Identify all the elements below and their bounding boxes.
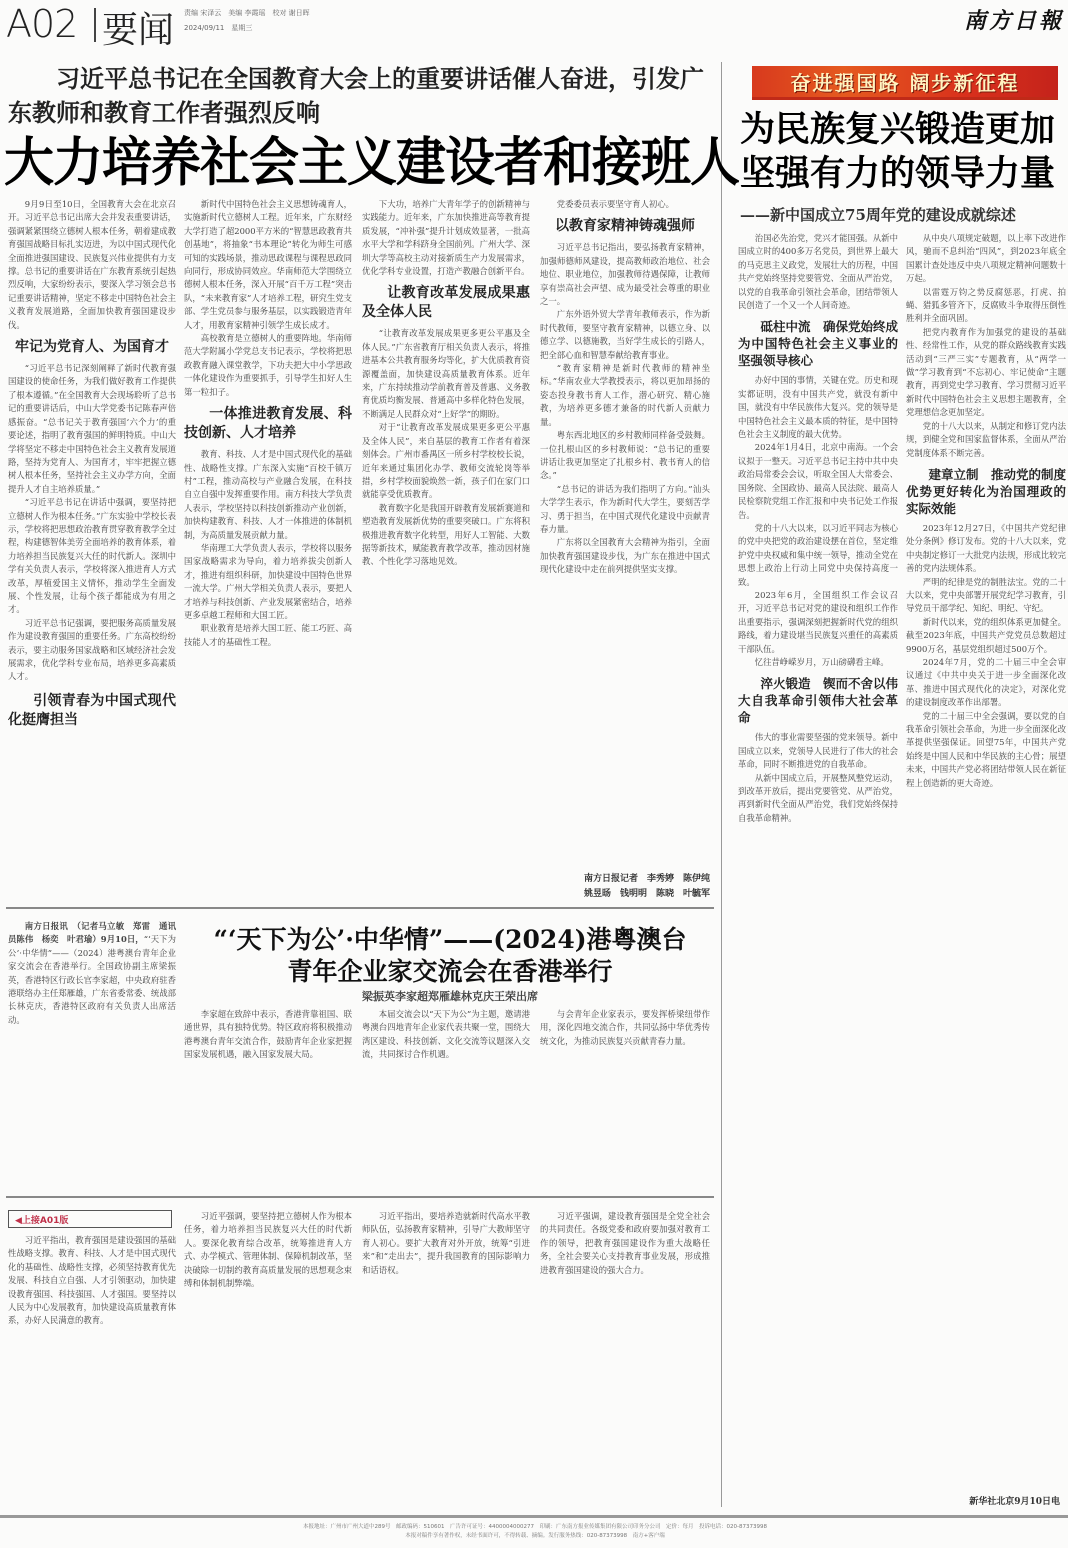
subhead: 建章立制 推动党的制度优势更好转化为治国理政的实际效能: [906, 466, 1066, 517]
paragraph: 2023年12月27日，《中国共产党纪律处分条例》修订发布。党的十八大以来，党中…: [906, 522, 1066, 576]
paragraph: 从中央八项规定破题，以上率下改进作风，驰而不息纠治“四风”，到2023年底全国累…: [906, 232, 1066, 286]
hk-column-3: 本届交流会以“天下为公”为主题，邀请港粤澳台四地青年企业家代表共聚一堂，围绕大湾…: [362, 1008, 530, 1190]
section-rule: [6, 1196, 714, 1198]
hk-column-2: 李家超在致辞中表示，香港背靠祖国、联通世界，具有独特优势。特区政府将积极推动港粤…: [184, 1008, 352, 1190]
paragraph: 教育、科技、人才是中国式现代化的基础性、战略性支撑。广东深入实施“百校千镇万村”…: [184, 448, 352, 542]
lead-kicker: 习近平总书记在全国教育大会上的重要讲话催人奋进，引发广东教师和教育工作者强烈反响: [8, 62, 708, 130]
cont-column-1: 习近平指出，教育强国是建设强国的基础性战略支撑。教育、科技、人才是中国式现代化的…: [8, 1234, 176, 1504]
paragraph: 李家超在致辞中表示，香港背靠祖国、联通世界，具有独特优势。特区政府将积极推动港粤…: [184, 1008, 352, 1062]
lead-column-3: 下大功，培养广大青年学子的创新精神与实践能力。近年来，广东加快推进高等教育提质发…: [362, 198, 530, 904]
footer-rule: [0, 1515, 1068, 1518]
section-name: 要闻: [102, 2, 174, 53]
paragraph: 习近平强调，要坚持把立德树人作为根本任务，着力培养担当民族复兴大任的时代新人。要…: [184, 1210, 352, 1290]
paragraph: 伟大的事业需要坚强的党来领导。新中国成立以来，党领导人民进行了伟大的社会革命，同…: [738, 731, 898, 771]
column-divider: [721, 62, 722, 1507]
hk-deck: 梁振英李家超郑雁雄林克庆王荣出席: [190, 988, 710, 1004]
paragraph: 党的二十届三中全会强调，要以党的自我革命引领社会革命，为进一步全面深化改革提供坚…: [906, 710, 1066, 790]
subhead: 牢记为党育人、为国育才: [8, 338, 176, 357]
cont-column-2: 习近平强调，要坚持把立德树人作为根本任务，着力培养担当民族复兴大任的时代新人。要…: [184, 1210, 352, 1504]
right-headline-line-1: 为民族复兴锻造更加: [740, 108, 1068, 152]
paragraph: 把党内教育作为加强党的建设的基础性、经常性工作，从党的群众路线教育实践活动到“三…: [906, 326, 1066, 420]
paragraph: 党委委员表示要坚守育人初心。: [540, 198, 710, 211]
right-column-1: 治国必先治党，党兴才能国强。从新中国成立时的400多万名党员，到世界上最大的马克…: [738, 232, 898, 1502]
paragraph: 党的十八大以来，从制定和修订党内法规，到健全党和国家监督体系，全面从严治党制度体…: [906, 420, 1066, 460]
paragraph: 习近平指出，教育强国是建设强国的基础性战略支撑。教育、科技、人才是中国式现代化的…: [8, 1234, 176, 1328]
byline-line-1: 南方日报记者 李秀婷 陈伊纯: [540, 872, 710, 887]
paragraph: 下大功，培养广大青年学子的创新精神与实践能力。近年来，广东加快推进高等教育提质发…: [362, 198, 530, 278]
dateline: 新华社北京9月10日电: [969, 1494, 1060, 1507]
paragraph: 与会青年企业家表示，要发挥桥梁纽带作用，深化四地交流合作，共同弘扬中华优秀传统文…: [540, 1008, 710, 1048]
subhead: 让教育改革发展成果惠及全体人民: [362, 284, 530, 322]
cont-column-3: 习近平指出，要培养造就新时代高水平教师队伍，弘扬教育家精神，引导广大教师坚守育人…: [362, 1210, 530, 1504]
paragraph: 习近平强调，建设教育强国是全党全社会的共同责任。各级党委和政府要加强对教育工作的…: [540, 1210, 710, 1277]
paragraph: 粤东西北地区的乡村教师同样备受鼓舞。一位扎根山区的乡村教师说：“总书记的重要讲话…: [540, 429, 710, 483]
footer-line-1: 本报地址：广州市广州大道中289号 邮政编码：510601 广告许可证号：440…: [40, 1522, 1030, 1530]
lead-column-1: 9月9日至10日，全国教育大会在北京召开。习近平总书记出席大会并发表重要讲话，强…: [8, 198, 176, 904]
paragraph: 2023年6月，全国组织工作会议召开，习近平总书记对党的建设和组织工作作出重要指…: [738, 589, 898, 656]
paragraph: “总书记的讲话为我们指明了方向。”汕头大学学生表示，作为新时代大学生，要刻苦学习…: [540, 483, 710, 537]
paragraph: 新时代以来，党的组织体系更加健全。截至2023年底，中国共产党党员总数超过990…: [906, 616, 1066, 656]
paragraph: 华南理工大学负责人表示，学校将以服务国家战略需求为导向，着力培养拔尖创新人才，推…: [184, 542, 352, 622]
lead-kicker-text: 习近平总书记在全国教育大会上的重要讲话催人奋进，引发广东教师和教育工作者强烈反响: [8, 64, 704, 127]
right-column-2: 从中央八项规定破题，以上率下改进作风，驰而不息纠治“四风”，到2023年底全国累…: [906, 232, 1066, 1490]
series-banner-text: 奋进强国路 阔步新征程: [791, 67, 1020, 96]
footer-line-2: 本报对稿件享有著作权，未经书面许可，不得转载、摘编。发行服务热线：020-873…: [40, 1531, 1030, 1539]
section-rule: [6, 907, 714, 909]
newspaper-logo: 南方日報: [964, 4, 1064, 35]
paragraph: “教育家精神是新时代教师的精神坐标。”华南农业大学教授表示，将以更加昂扬的姿态投…: [540, 362, 710, 429]
subhead: 以教育家精神铸魂强师: [540, 217, 710, 236]
paragraph: 对于“让教育改革发展成果更多更公平惠及全体人民”，来自基层的教育工作者有着深刻体…: [362, 421, 530, 501]
paragraph: 治国必先治党，党兴才能国强。从新中国成立时的400多万名党员，到世界上最大的马克…: [738, 232, 898, 312]
date-line: 2024/09/11 星期三: [184, 23, 252, 33]
subhead: 砥柱中流 确保党始终成为中国特色社会主义事业的坚强领导核心: [738, 318, 898, 369]
paragraph: 广东外语外贸大学青年教师表示，作为新时代教师，要坚守教育家精神，以德立身、以德立…: [540, 308, 710, 362]
lead-byline: 南方日报记者 李秀婷 陈伊纯 姚昱旸 钱明明 陈晓 叶毓军: [540, 868, 710, 904]
page-number: A02: [6, 2, 77, 46]
lede-text: “‘天下为公’·中华情”——（2024）港粤澳台青年企业家交流会在香港举行。全国…: [8, 934, 176, 1024]
paragraph: 9月9日至10日，全国教育大会在北京召开。习近平总书记出席大会并发表重要讲话，强…: [8, 198, 176, 332]
series-banner: 奋进强国路 阔步新征程: [752, 66, 1058, 100]
paragraph: 南方日报讯 （记者马立敏 郑雷 通讯员陈伟 杨奕 叶君瑜）9月10日，“‘天下为…: [8, 920, 176, 1027]
right-headline-line-2: 坚强有力的领导力量: [740, 152, 1068, 196]
paragraph: 2024年7月，党的二十届三中全会审议通过《中共中央关于进一步全面深化改革、推进…: [906, 656, 1066, 710]
paragraph: 教育数字化是我国开辟教育发展新赛道和塑造教育发展新优势的重要突破口。广东将积极推…: [362, 502, 530, 569]
paragraph: 习近平总书记强调，要把服务高质量发展作为建设教育强国的重要任务。广东高校纷纷表示…: [8, 617, 176, 684]
paragraph: 以雷霆万钧之势反腐惩恶，打虎、拍蝇、猎狐多管齐下，反腐败斗争取得压倒性胜利并全面…: [906, 286, 1066, 326]
paragraph: 高校教育是立德树人的重要阵地。华南师范大学附属小学党总支书记表示，学校将把思政教…: [184, 332, 352, 399]
paragraph: 新时代中国特色社会主义思想铸魂育人，实施新时代立德树人工程。近年来，广东财经大学…: [184, 198, 352, 332]
subhead: 一体推进教育发展、科技创新、人才培养: [184, 405, 352, 443]
paragraph: 2024年1月4日，北京中南海。一个会议拟于一整天。习近平总书记主持中共中央政治…: [738, 441, 898, 521]
paragraph: 本届交流会以“天下为公”为主题，邀请港粤澳台四地青年企业家代表共聚一堂，围绕大湾…: [362, 1008, 530, 1062]
hk-headline-line-2: 青年企业家交流会在香港举行: [190, 956, 710, 988]
paragraph: 办好中国的事情，关键在党。历史和现实都证明，没有中国共产党，就没有新中国，就没有…: [738, 374, 898, 441]
paragraph: 从新中国成立后，开展整风整党运动，到改革开放后，提出党要管党、从严治党，再到新时…: [738, 772, 898, 826]
paragraph: 习近平总书记指出，要弘扬教育家精神，加强师德师风建设，提高教师政治地位、社会地位…: [540, 241, 710, 308]
right-headline: 为民族复兴锻造更加 坚强有力的领导力量: [740, 108, 1068, 196]
paragraph: 广东将以全国教育大会精神为指引，全面加快教育强国建设步伐，为广东在推进中国式现代…: [540, 536, 710, 576]
paragraph: 忆往昔峥嵘岁月，万山磅礴看主峰。: [738, 656, 898, 669]
lead-column-2: 新时代中国特色社会主义思想铸魂育人，实施新时代立德树人工程。近年来，广东财经大学…: [184, 198, 352, 904]
hk-headline: “‘天下为公’·中华情”——(2024)港粤澳台 青年企业家交流会在香港举行: [190, 924, 710, 988]
byline-line-2: 姚昱旸 钱明明 陈晓 叶毓军: [540, 887, 710, 902]
editors-line: 责编 宋泽云 美编 李霞瑶 校对 谢日晖: [184, 8, 310, 18]
lead-column-4: 党委委员表示要坚守育人初心。 以教育家精神铸魂强师 习近平总书记指出，要弘扬教育…: [540, 198, 710, 904]
subhead: 引领青春为中国式现代化挺膺担当: [8, 692, 176, 730]
cont-column-4: 习近平强调，建设教育强国是全党全社会的共同责任。各级党委和政府要加强对教育工作的…: [540, 1210, 710, 1504]
jump-label[interactable]: ◀上接A01版: [8, 1210, 172, 1228]
paragraph: 严明的纪律是党的制胜法宝。党的二十大以来，党中央部署开展党纪学习教育，引导党员干…: [906, 576, 1066, 616]
subhead: 淬火锻造 锲而不舍以伟大自我革命引领伟大社会革命: [738, 675, 898, 726]
lead-headline: 大力培养社会主义建设者和接班人: [4, 131, 716, 194]
hk-column-4: 与会青年企业家表示，要发挥桥梁纽带作用，深化四地交流合作，共同弘扬中华优秀传统文…: [540, 1008, 710, 1190]
paragraph: “习近平总书记深刻阐释了新时代教育强国建设的使命任务，为我们做好教育工作提供了根…: [8, 362, 176, 496]
paragraph: “习近平总书记在讲话中强调，要坚持把立德树人作为根本任务。”广东实验中学校长表示…: [8, 496, 176, 617]
hk-column-1: 南方日报讯 （记者马立敏 郑雷 通讯员陈伟 杨奕 叶君瑜）9月10日，“‘天下为…: [8, 920, 176, 1190]
paragraph: “让教育改革发展成果更多更公平惠及全体人民。”广东省教育厅相关负责人表示，将推进…: [362, 327, 530, 421]
paragraph: 习近平指出，要培养造就新时代高水平教师队伍，弘扬教育家精神，引导广大教师坚守育人…: [362, 1210, 530, 1277]
paragraph: 职业教育是培养大国工匠、能工巧匠、高技能人才的基础性工程。: [184, 622, 352, 649]
right-deck: ——新中国成立75周年党的建设成就综述: [740, 204, 1068, 225]
hk-headline-line-1: “‘天下为公’·中华情”——(2024)港粤澳台: [190, 924, 710, 956]
masthead-divider: [94, 8, 96, 42]
paragraph: 党的十八大以来，以习近平同志为核心的党中央把党的政治建设摆在首位，坚定维护党中央…: [738, 522, 898, 589]
